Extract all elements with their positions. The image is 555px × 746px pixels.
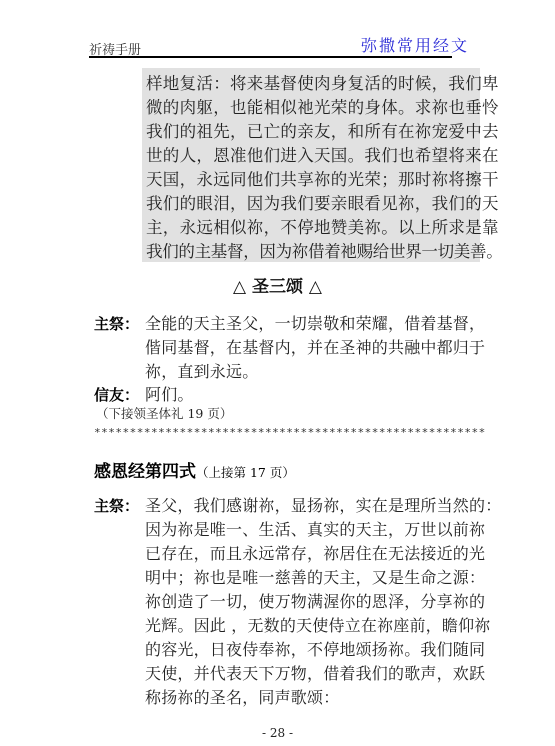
people-response: 阿们。	[145, 382, 194, 405]
prayer-line: 天国，永远同他们共享祢的光荣；那时祢将擦干	[146, 166, 499, 190]
prayer-line: 主，永远相似祢，不停地赞美祢。以上所求是靠	[146, 214, 499, 238]
prayer-line: 样地复活：将来基督使肉身复活的时候，我们卑	[146, 70, 499, 94]
doxology-title: △ 圣三颂 △	[0, 272, 555, 297]
prayer-line: 我们的祖先，已亡的亲友，和所有在祢宠爱中去	[146, 118, 499, 142]
doxology-line: 全能的天主圣父，一切崇敬和荣耀，借着基督，	[145, 311, 485, 334]
thanksgiving-ref: （上接第 17 页）	[196, 465, 295, 480]
priest-label: 主祭：	[94, 313, 139, 334]
thanksgiving-line: 称扬祢的圣名，同声歌颂：	[145, 685, 339, 708]
thanksgiving-heading: 感恩经第四式（上接第 17 页）	[94, 457, 295, 482]
thanksgiving-line: 明中；祢也是唯一慈善的天主，又是生命之源：	[145, 565, 485, 588]
prayer-line: 微的肉躯，也能相似祂光荣的身体。求祢也垂怜	[146, 94, 499, 118]
thanksgiving-line: 的容光，日夜侍奉祢，不停地颂扬祢。我们随同	[145, 637, 485, 660]
thanksgiving-line: 已存在，而且永远常存，祢居住在无法接近的光	[145, 541, 485, 564]
separator-stars: ****************************************…	[94, 426, 486, 439]
thanksgiving-line: 光辉。因此 ，无数的天使侍立在祢座前，瞻仰祢	[145, 613, 491, 636]
thanksgiving-line: 祢创造了一切，使万物满渥你的恩泽，分享祢的	[145, 589, 485, 612]
priest-label: 主祭：	[94, 495, 139, 516]
thanksgiving-line: 天使，并代表天下万物，借着我们的歌声，欢跃	[145, 661, 485, 684]
prayer-line: 世的人，恩准他们进入天国。我们也希望将来在	[146, 142, 499, 166]
page-number: - 28 -	[0, 726, 555, 740]
prayer-line: 我们的眼泪，因为我们要亲眼看见祢，我们的天	[146, 190, 499, 214]
prayer-line: 我们的主基督，因为祢借着祂赐给世界一切美善。	[146, 238, 502, 262]
doxology-line: 偕同基督，在基督内，并在圣神的共融中都归于	[145, 335, 485, 358]
header-divider	[89, 56, 452, 58]
thanksgiving-line: 因为祢是唯一、生活、真实的天主，万世以前祢	[145, 517, 485, 540]
doxology-line: 祢，直到永远。	[145, 359, 258, 382]
people-label: 信友：	[94, 384, 139, 405]
section-header: 弥撒常用经文	[361, 33, 469, 56]
thanksgiving-title: 感恩经第四式	[94, 462, 196, 482]
thanksgiving-line: 圣父，我们感谢祢，显扬祢，实在是理所当然的：	[145, 493, 501, 516]
continuation-note: （下接领圣体礼 19 页）	[96, 404, 232, 422]
